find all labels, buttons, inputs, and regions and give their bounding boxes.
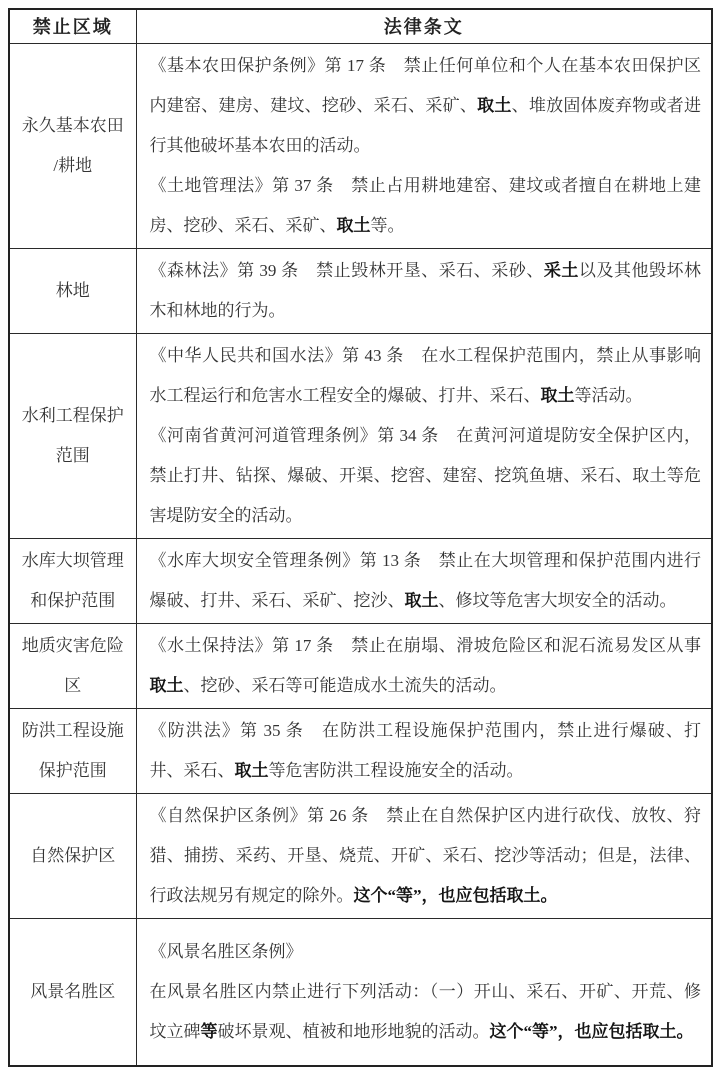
law-text-segment: 、修坟等危害大坝安全的活动。 bbox=[439, 591, 677, 610]
law-paragraph: 《风景名胜区条例》 bbox=[150, 932, 702, 972]
table-row: 自然保护区《自然保护区条例》第 26 条 禁止在自然保护区内进行砍伐、放牧、狩猎… bbox=[9, 793, 712, 918]
table-body: 永久基本农田/耕地《基本农田保护条例》第 17 条 禁止任何单位和个人在基本农田… bbox=[9, 43, 712, 1066]
law-text-emphasis: 取土 bbox=[150, 676, 184, 695]
law-provision-cell: 《森林法》第 39 条 禁止毁林开垦、采石、采砂、采土以及其他毁坏林木和林地的行… bbox=[136, 248, 712, 333]
law-text-segment: 《森林法》第 39 条 禁止毁林开垦、采石、采砂、 bbox=[150, 261, 544, 280]
table-row: 永久基本农田/耕地《基本农田保护条例》第 17 条 禁止任何单位和个人在基本农田… bbox=[9, 43, 712, 248]
law-provision-cell: 《水库大坝安全管理条例》第 13 条 禁止在大坝管理和保护范围内进行爆破、打井、… bbox=[136, 538, 712, 623]
law-text-emphasis: 等 bbox=[201, 1022, 218, 1041]
prohibited-areas-table: 禁止区域 法律条文 永久基本农田/耕地《基本农田保护条例》第 17 条 禁止任何… bbox=[8, 8, 713, 1067]
prohibited-area-label: 林地 bbox=[14, 271, 132, 311]
law-provision-cell: 《中华人民共和国水法》第 43 条 在水工程保护范围内，禁止从事影响水工程运行和… bbox=[136, 333, 712, 538]
column-header-prohibited-area: 禁止区域 bbox=[9, 9, 136, 43]
law-text-emphasis: 取土 bbox=[405, 591, 439, 610]
table-row: 风景名胜区《风景名胜区条例》在风景名胜区内禁止进行下列活动：（一）开山、采石、开… bbox=[9, 918, 712, 1066]
header-row: 禁止区域 法律条文 bbox=[9, 9, 712, 43]
law-provision-cell: 《防洪法》第 35 条 在防洪工程设施保护范围内，禁止进行爆破、打井、采石、取土… bbox=[136, 708, 712, 793]
prohibited-area-label: 保护范围 bbox=[14, 751, 132, 791]
table-row: 水利工程保护范围《中华人民共和国水法》第 43 条 在水工程保护范围内，禁止从事… bbox=[9, 333, 712, 538]
prohibited-area-cell: 风景名胜区 bbox=[9, 918, 136, 1066]
prohibited-area-cell: 永久基本农田/耕地 bbox=[9, 43, 136, 248]
table-row: 林地《森林法》第 39 条 禁止毁林开垦、采石、采砂、采土以及其他毁坏林木和林地… bbox=[9, 248, 712, 333]
law-text-segment: 破坏景观、植被和地形地貌的活动。 bbox=[218, 1022, 490, 1041]
law-text-emphasis: 采土 bbox=[544, 261, 579, 280]
law-paragraph: 《基本农田保护条例》第 17 条 禁止任何单位和个人在基本农田保护区内建窑、建房… bbox=[150, 46, 702, 166]
document-page: 禁止区域 法律条文 永久基本农田/耕地《基本农田保护条例》第 17 条 禁止任何… bbox=[0, 0, 721, 1075]
law-text-emphasis: 取土 bbox=[235, 761, 269, 780]
prohibited-area-label: 区 bbox=[14, 666, 132, 706]
law-text-segment: 《风景名胜区条例》 bbox=[150, 942, 303, 961]
prohibited-area-cell: 水库大坝管理和保护范围 bbox=[9, 538, 136, 623]
prohibited-area-label: 和保护范围 bbox=[14, 581, 132, 621]
law-paragraph: 《土地管理法》第 37 条 禁止占用耕地建窑、建坟或者擅自在耕地上建房、挖砂、采… bbox=[150, 166, 702, 246]
prohibited-area-label: 地质灾害危险 bbox=[14, 626, 132, 666]
law-provision-cell: 《水土保持法》第 17 条 禁止在崩塌、滑坡危险区和泥石流易发区从事取土、挖砂、… bbox=[136, 623, 712, 708]
law-text-emphasis: 取土 bbox=[541, 386, 575, 405]
prohibited-area-label: 风景名胜区 bbox=[14, 972, 132, 1012]
prohibited-area-label: /耕地 bbox=[14, 146, 132, 186]
table-row: 水库大坝管理和保护范围《水库大坝安全管理条例》第 13 条 禁止在大坝管理和保护… bbox=[9, 538, 712, 623]
prohibited-area-label: 自然保护区 bbox=[14, 836, 132, 876]
table-row: 地质灾害危险区《水土保持法》第 17 条 禁止在崩塌、滑坡危险区和泥石流易发区从… bbox=[9, 623, 712, 708]
law-paragraph: 《自然保护区条例》第 26 条 禁止在自然保护区内进行砍伐、放牧、狩猎、捕捞、采… bbox=[150, 796, 702, 916]
law-text-segment: 《河南省黄河河道管理条例》第 34 条 在黄河河道堤防安全保护区内，禁止打井、钻… bbox=[150, 426, 702, 525]
law-paragraph: 《水库大坝安全管理条例》第 13 条 禁止在大坝管理和保护范围内进行爆破、打井、… bbox=[150, 541, 702, 621]
prohibited-area-cell: 地质灾害危险区 bbox=[9, 623, 136, 708]
law-provision-cell: 《基本农田保护条例》第 17 条 禁止任何单位和个人在基本农田保护区内建窑、建房… bbox=[136, 43, 712, 248]
law-paragraph: 《水土保持法》第 17 条 禁止在崩塌、滑坡危险区和泥石流易发区从事取土、挖砂、… bbox=[150, 626, 702, 706]
prohibited-area-label: 永久基本农田 bbox=[14, 106, 132, 146]
table-row: 防洪工程设施保护范围《防洪法》第 35 条 在防洪工程设施保护范围内，禁止进行爆… bbox=[9, 708, 712, 793]
law-text-emphasis: 这个“等”，也应包括取土。 bbox=[490, 1022, 694, 1041]
prohibited-area-cell: 水利工程保护范围 bbox=[9, 333, 136, 538]
prohibited-area-label: 范围 bbox=[14, 436, 132, 476]
law-text-segment: 等活动。 bbox=[575, 386, 643, 405]
law-paragraph: 在风景名胜区内禁止进行下列活动：（一）开山、采石、开矿、开荒、修坟立碑等破坏景观… bbox=[150, 972, 702, 1052]
prohibited-area-cell: 自然保护区 bbox=[9, 793, 136, 918]
law-paragraph: 《中华人民共和国水法》第 43 条 在水工程保护范围内，禁止从事影响水工程运行和… bbox=[150, 336, 702, 416]
law-provision-cell: 《自然保护区条例》第 26 条 禁止在自然保护区内进行砍伐、放牧、狩猎、捕捞、采… bbox=[136, 793, 712, 918]
law-text-segment: 《水土保持法》第 17 条 禁止在崩塌、滑坡危险区和泥石流易发区从事 bbox=[150, 636, 702, 655]
law-paragraph: 《森林法》第 39 条 禁止毁林开垦、采石、采砂、采土以及其他毁坏林木和林地的行… bbox=[150, 251, 702, 331]
prohibited-area-label: 水库大坝管理 bbox=[14, 541, 132, 581]
law-text-emphasis: 这个“等”，也应包括取土。 bbox=[354, 886, 558, 905]
law-text-emphasis: 取土 bbox=[477, 96, 511, 115]
law-text-segment: 《土地管理法》第 37 条 禁止占用耕地建窑、建坟或者擅自在耕地上建房、挖砂、采… bbox=[150, 176, 702, 235]
law-text-segment: 、挖砂、采石等可能造成水土流失的活动。 bbox=[184, 676, 507, 695]
law-paragraph: 《防洪法》第 35 条 在防洪工程设施保护范围内，禁止进行爆破、打井、采石、取土… bbox=[150, 711, 702, 791]
column-header-law-provision: 法律条文 bbox=[136, 9, 712, 43]
law-paragraph: 《河南省黄河河道管理条例》第 34 条 在黄河河道堤防安全保护区内，禁止打井、钻… bbox=[150, 416, 702, 536]
law-text-segment: 等危害防洪工程设施安全的活动。 bbox=[269, 761, 524, 780]
law-text-emphasis: 取土 bbox=[337, 216, 371, 235]
law-provision-cell: 《风景名胜区条例》在风景名胜区内禁止进行下列活动：（一）开山、采石、开矿、开荒、… bbox=[136, 918, 712, 1066]
prohibited-area-label: 水利工程保护 bbox=[14, 396, 132, 436]
law-text-segment: 等。 bbox=[371, 216, 405, 235]
prohibited-area-label: 防洪工程设施 bbox=[14, 711, 132, 751]
prohibited-area-cell: 林地 bbox=[9, 248, 136, 333]
prohibited-area-cell: 防洪工程设施保护范围 bbox=[9, 708, 136, 793]
